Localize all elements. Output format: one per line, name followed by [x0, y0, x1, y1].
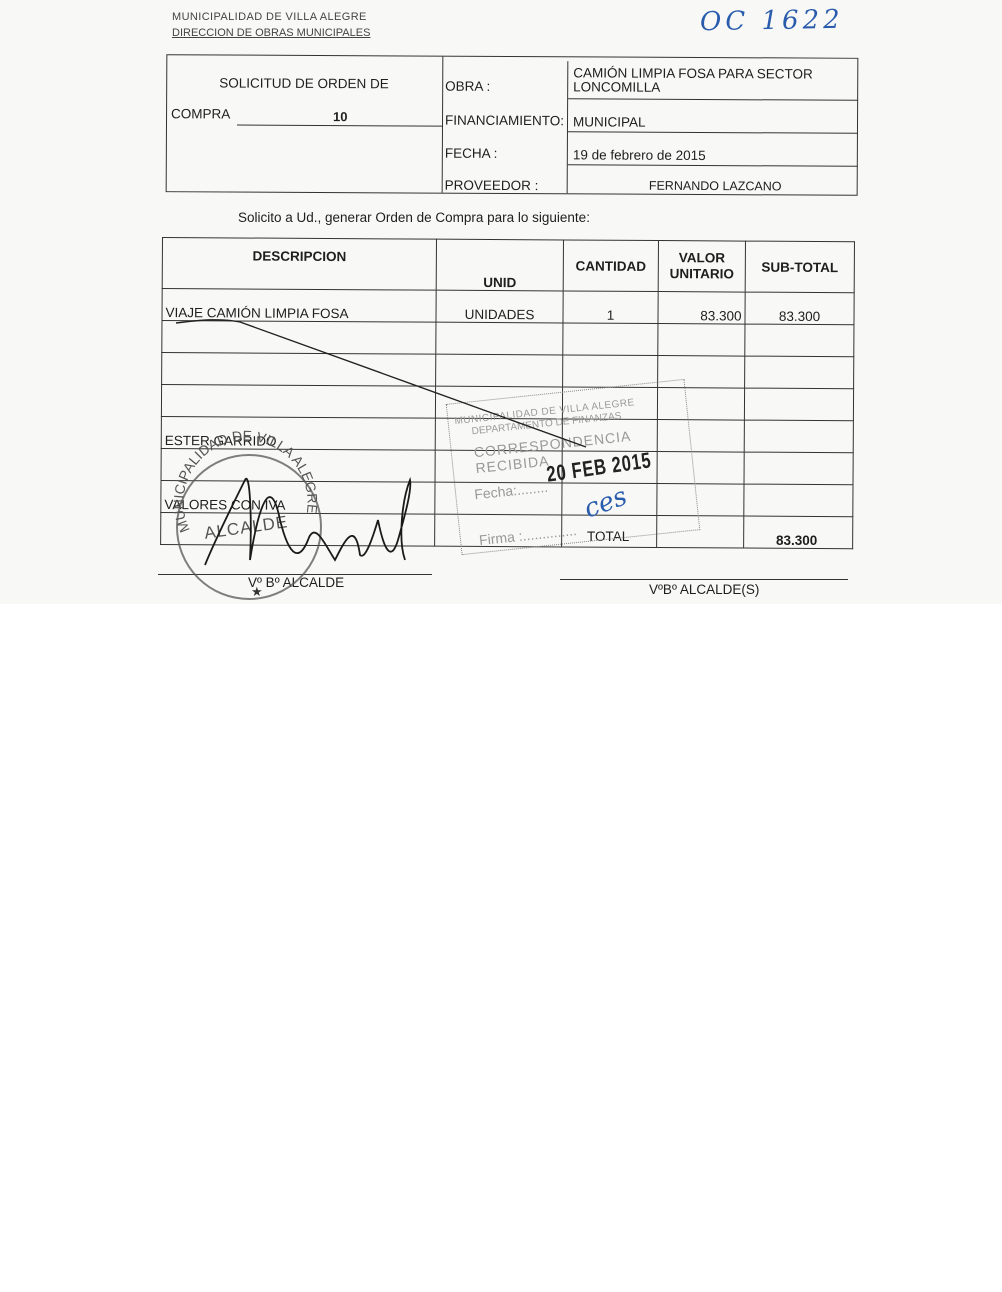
cell-valor-unitario — [658, 324, 745, 357]
cell-sub-total — [744, 420, 853, 453]
obra-label: OBRA : — [445, 79, 490, 94]
financiamiento-label: FINANCIAMIENTO: — [445, 113, 564, 129]
cell-descripcion: VIAJE CAMIÓN LIMPIA FOSA — [162, 289, 436, 323]
table-row — [162, 321, 854, 357]
cell-unid — [436, 322, 563, 355]
request-header-box: SOLICITUD DE ORDEN DE COMPRA 10 OBRA : F… — [166, 54, 859, 196]
signature-line-right — [560, 579, 848, 580]
cell-descripcion — [161, 385, 435, 419]
request-number: 10 — [333, 109, 348, 124]
cell-sub-total — [744, 388, 853, 421]
cell-descripcion — [162, 321, 436, 355]
star-icon: ★ — [251, 584, 263, 600]
department-name: DIRECCION DE OBRAS MUNICIPALES — [172, 27, 370, 39]
cell-unid: UNIDADES — [436, 290, 563, 323]
received-stamp-fecha-label: Fecha:........ — [473, 479, 548, 503]
signature-label-alcalde-s: VºBº ALCALDE(S) — [649, 582, 759, 597]
cell-sub-total — [745, 356, 854, 389]
col-valor-unitario: VALORUNITARIO — [658, 241, 745, 293]
cell-descripcion: ESTER GARRIDO — [161, 416, 435, 450]
col-cantidad: CANTIDAD — [563, 240, 658, 292]
cell-sub-total — [744, 484, 853, 517]
cell-sub-total: 83.300 — [745, 292, 854, 325]
fecha-label: FECHA : — [445, 146, 498, 161]
handwritten-reference: OC 1622 — [700, 5, 844, 38]
table-row: VIAJE CAMIÓN LIMPIA FOSAUNIDADES183.3008… — [162, 289, 854, 325]
fecha-value: 19 de febrero de 2015 — [568, 132, 858, 167]
request-title-compra: COMPRA — [171, 106, 230, 121]
cell-descripcion — [162, 353, 436, 387]
cell-cantidad — [563, 323, 658, 356]
request-title: SOLICITUD DE ORDEN DE — [219, 75, 389, 91]
table-header-row: DESCRIPCION UNID CANTIDAD VALORUNITARIO … — [162, 238, 854, 293]
table-row — [162, 353, 854, 389]
col-sub-total: SUB-TOTAL — [745, 241, 854, 293]
financiamiento-value: MUNICIPAL — [568, 99, 858, 134]
cell-valor-unitario: 83.300 — [658, 292, 745, 325]
cell-unid — [436, 354, 563, 387]
intro-text: Solicito a Ud., generar Orden de Compra … — [238, 210, 590, 225]
received-stamp-firma-label: Firma :.............. — [478, 522, 577, 548]
col-unid: UNID — [436, 239, 563, 291]
total-value: 83.300 — [776, 533, 817, 548]
cell-sub-total — [744, 452, 853, 485]
proveedor-label: PROVEEDOR : — [445, 178, 539, 193]
col-descripcion: DESCRIPCION — [162, 238, 436, 291]
request-values: CAMIÓN LIMPIA FOSA PARA SECTOR LONCOMILL… — [567, 61, 859, 195]
obra-value: CAMIÓN LIMPIA FOSA PARA SECTOR LONCOMILL… — [568, 61, 858, 101]
request-title-cell: SOLICITUD DE ORDEN DE COMPRA 10 — [167, 55, 444, 192]
proveedor-value: FERNANDO LAZCANO — [568, 165, 858, 195]
organization-name: MUNICIPALIDAD DE VILLA ALEGRE — [172, 11, 367, 23]
cell-sub-total — [745, 324, 854, 357]
cell-cantidad: 1 — [563, 291, 658, 324]
number-underline — [237, 125, 442, 127]
